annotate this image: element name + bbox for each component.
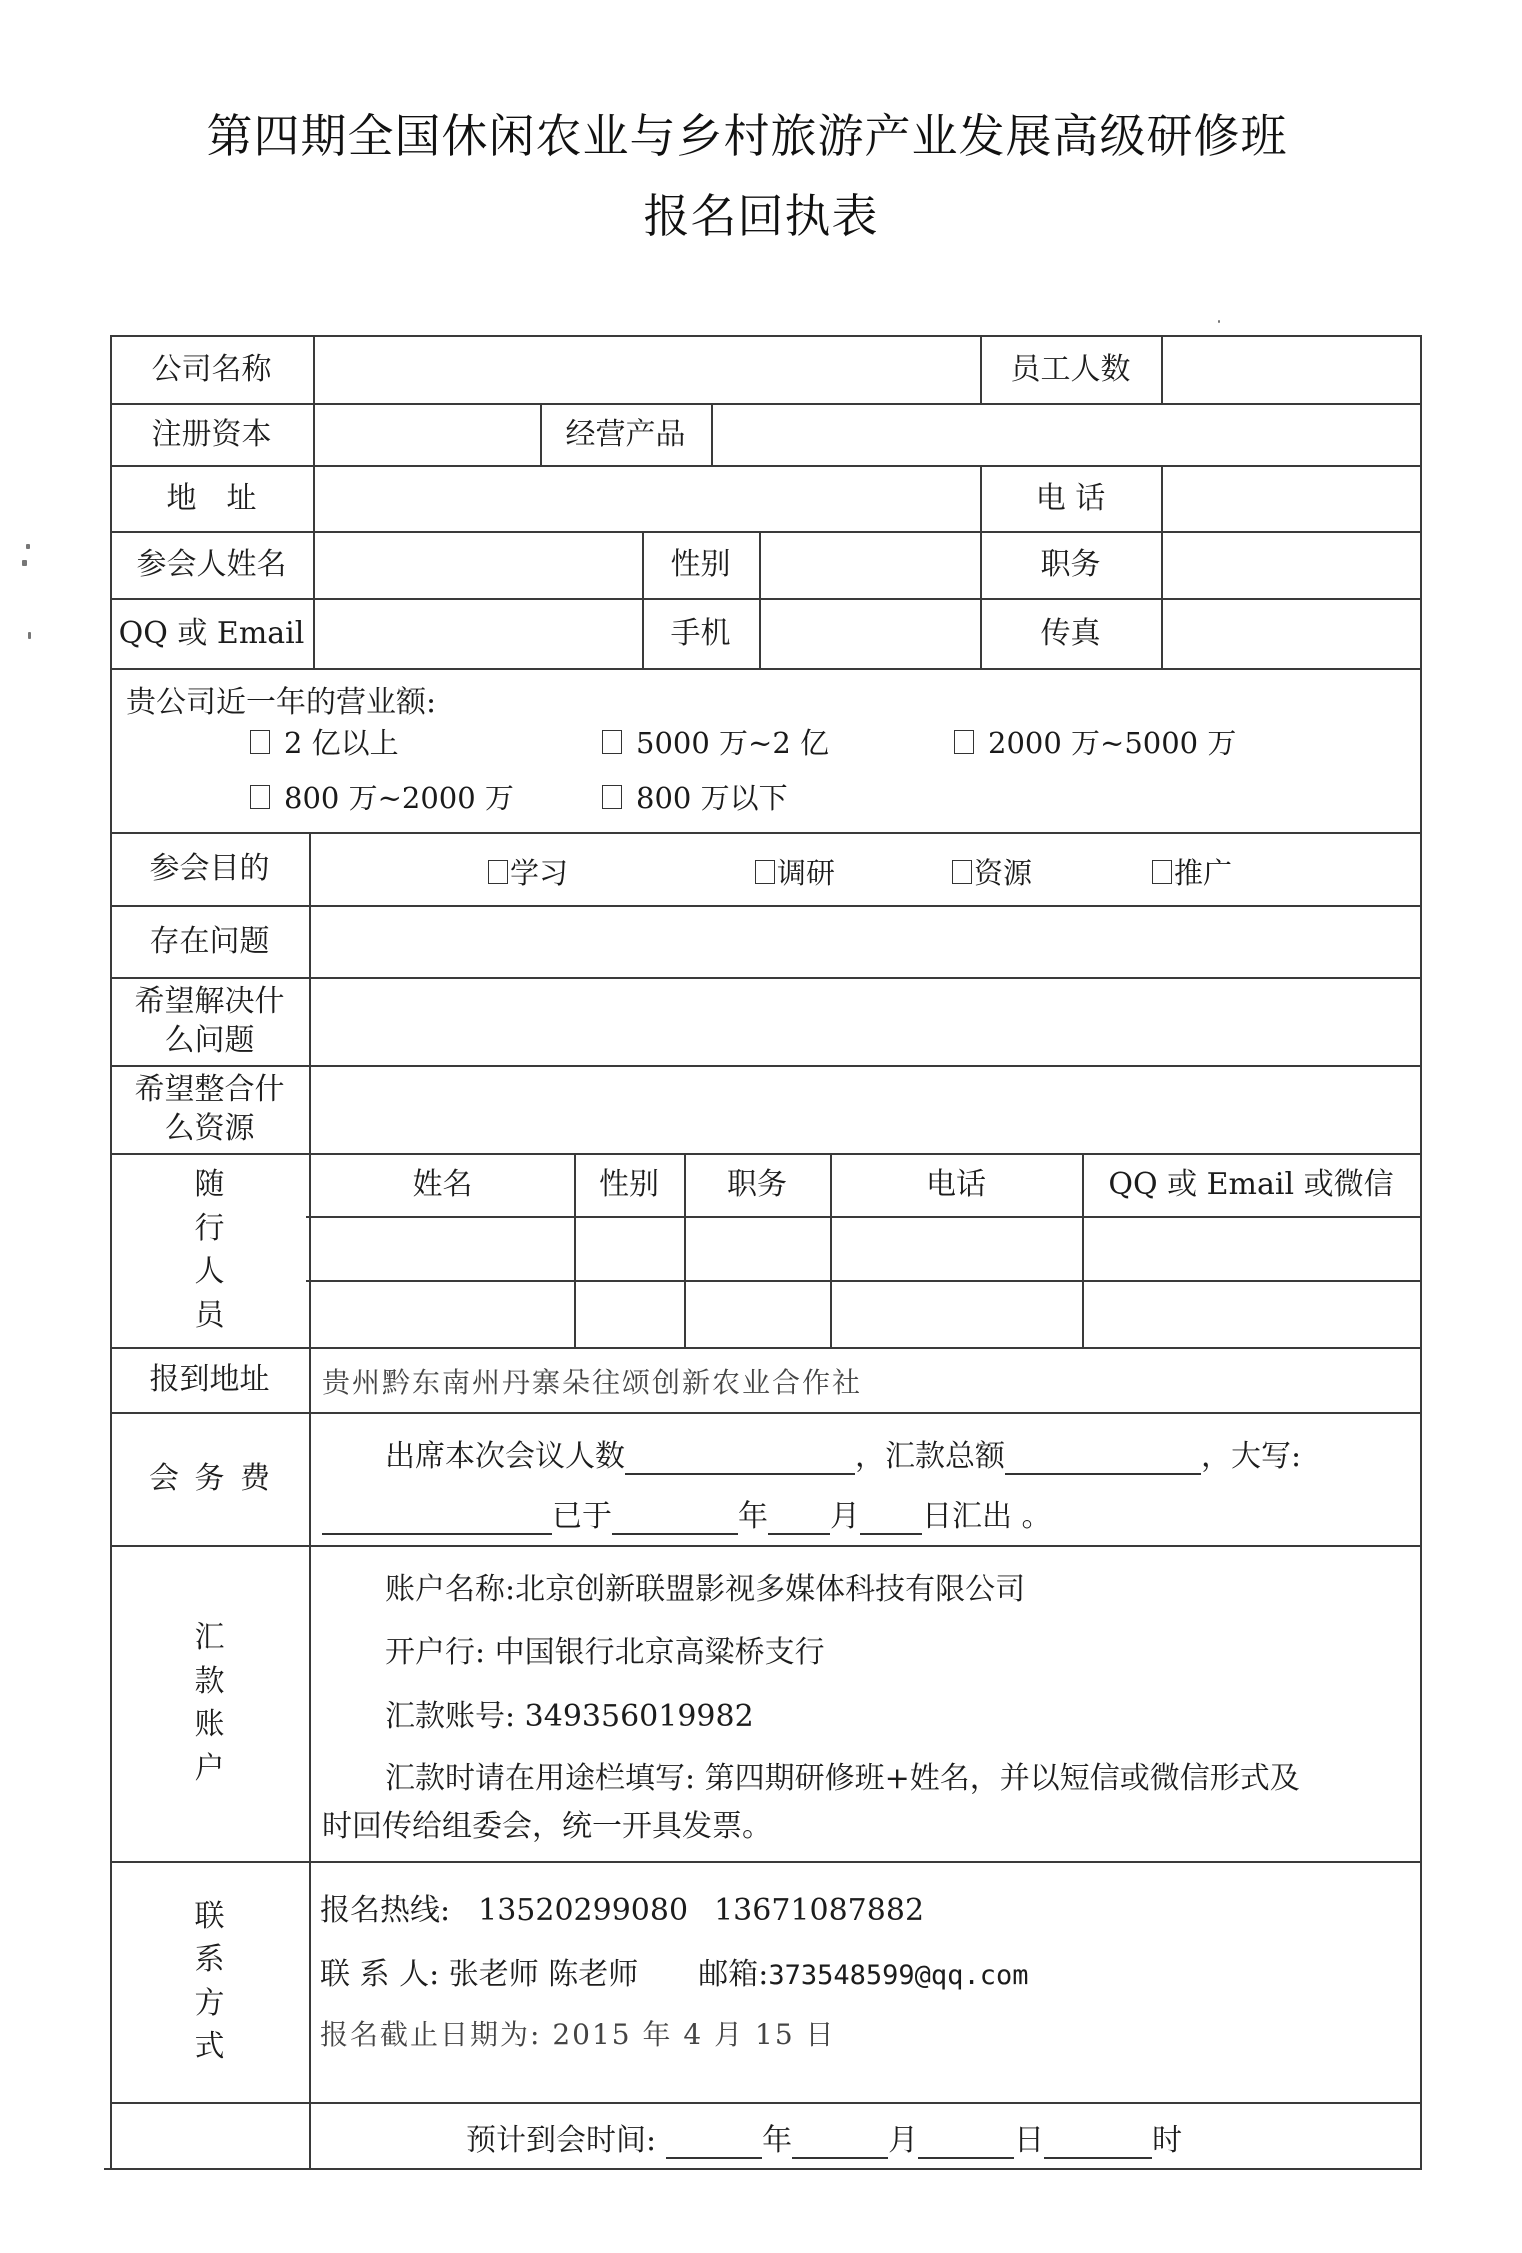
- scan-speck: [28, 632, 31, 639]
- attendee-name-field[interactable]: [315, 533, 642, 598]
- registration-deadline: 报名截止日期为: 2015 年 4 月 15 日: [320, 2013, 836, 2053]
- remittance-note-line-1: 汇款时请在用途栏填写: 第四期研修班+姓名，并以短信或微信形式及: [385, 1753, 1300, 1797]
- companion-1-position[interactable]: [686, 1218, 830, 1280]
- qq-email-field[interactable]: [315, 600, 642, 668]
- fax-field[interactable]: [1163, 600, 1420, 668]
- checkbox-icon[interactable]: [954, 730, 974, 754]
- companions-col-gender: 性别: [574, 1153, 684, 1216]
- checkbox-icon[interactable]: [952, 860, 972, 884]
- gender-field[interactable]: [761, 533, 980, 598]
- day-blank[interactable]: [860, 1503, 922, 1535]
- companion-1-phone[interactable]: [832, 1218, 1082, 1280]
- arrival-year-blank[interactable]: [666, 2127, 762, 2159]
- companion-2-contact[interactable]: [1084, 1282, 1420, 1347]
- checkbox-icon[interactable]: [488, 860, 508, 884]
- purpose-option-resources[interactable]: 资源: [952, 851, 1032, 892]
- revenue-option-2[interactable]: 5000 万~2 亿: [602, 721, 829, 762]
- companions-col-position: 职务: [684, 1153, 830, 1216]
- companion-1-name[interactable]: [311, 1218, 574, 1280]
- remittance-note-line-2: 时回传给组委会，统一开具发票。: [322, 1801, 772, 1845]
- document-title: 第四期全国休闲农业与乡村旅游产业发展高级研修班: [0, 100, 1508, 166]
- contact-label: 联 系 方 式: [110, 1861, 309, 2102]
- revenue-option-5[interactable]: 800 万以下: [602, 776, 788, 817]
- revenue-label: 贵公司近一年的营业额:: [126, 677, 436, 721]
- hotline: 报名热线:1352029908013671087882: [320, 1885, 924, 1929]
- mobile-field[interactable]: [761, 600, 980, 668]
- position-field[interactable]: [1163, 533, 1420, 598]
- purpose-option-promotion[interactable]: 推广: [1152, 851, 1232, 892]
- purpose-option-study[interactable]: 学习: [488, 851, 568, 892]
- contact-email: 373548599@qq.com: [768, 1960, 1028, 1991]
- solve-problems-field[interactable]: [311, 979, 1420, 1065]
- staff-count-label: 员工人数: [980, 335, 1161, 403]
- account-name: 账户名称:北京创新联盟影视多媒体科技有限公司: [385, 1564, 1025, 1608]
- fax-label: 传真: [980, 598, 1161, 668]
- hotline-number-1: 13520299080: [478, 1893, 688, 1928]
- checkin-address-label: 报到地址: [110, 1347, 309, 1412]
- registration-form-table: 公司名称 员工人数 注册资本 经营产品 地 址 电 话 参会人姓名 性别 职务 …: [110, 335, 1422, 2170]
- year-blank[interactable]: [612, 1503, 738, 1535]
- qq-email-label: QQ 或 Email: [110, 598, 313, 668]
- companions-col-phone: 电话: [830, 1153, 1082, 1216]
- staff-count-field[interactable]: [1163, 337, 1420, 403]
- checkbox-icon[interactable]: [602, 785, 622, 809]
- integrate-resources-field[interactable]: [311, 1067, 1420, 1153]
- checkbox-icon[interactable]: [602, 730, 622, 754]
- checkin-address-value: 贵州黔东南州丹寨朵往颂创新农业合作社: [322, 1361, 862, 1401]
- fee-line-1: 出席本次会议人数，汇款总额，大写:: [385, 1431, 1301, 1475]
- companion-2-position[interactable]: [686, 1282, 830, 1347]
- solve-problems-label: 希望解决什 么问题: [110, 977, 309, 1065]
- purpose-option-research[interactable]: 调研: [755, 851, 835, 892]
- products-label: 经营产品: [540, 403, 711, 465]
- companion-1-contact[interactable]: [1084, 1218, 1420, 1280]
- products-field[interactable]: [713, 405, 1420, 465]
- meeting-fee-label: 会 务 费: [110, 1412, 309, 1545]
- mobile-label: 手机: [642, 598, 759, 668]
- integrate-resources-label: 希望整合什 么资源: [110, 1065, 309, 1153]
- checkbox-icon[interactable]: [250, 730, 270, 754]
- existing-problems-field[interactable]: [311, 907, 1420, 977]
- arrival-day-blank[interactable]: [918, 2127, 1014, 2159]
- account-number: 汇款账号: 349356019982: [385, 1691, 754, 1735]
- attendee-name-label: 参会人姓名: [110, 531, 313, 598]
- arrival-hour-blank[interactable]: [1044, 2127, 1152, 2159]
- gender-label: 性别: [642, 531, 759, 598]
- existing-problems-label: 存在问题: [110, 905, 309, 977]
- scan-speck: [22, 560, 27, 566]
- checkbox-icon[interactable]: [250, 785, 270, 809]
- checkbox-icon[interactable]: [755, 860, 775, 884]
- registered-capital-label: 注册资本: [110, 403, 313, 465]
- contact-persons: 联 系 人: 张老师 陈老师邮箱:373548599@qq.com: [320, 1949, 1028, 1993]
- companions-col-name: 姓名: [311, 1153, 574, 1216]
- company-name-field[interactable]: [315, 337, 980, 403]
- companion-2-gender[interactable]: [576, 1282, 684, 1347]
- phone-label: 电 话: [980, 465, 1161, 531]
- document-subtitle: 报名回执表: [0, 180, 1522, 246]
- fee-line-2: 已于年月日汇出 。: [322, 1491, 1052, 1535]
- address-field[interactable]: [315, 467, 980, 531]
- checkbox-icon[interactable]: [1152, 860, 1172, 884]
- scan-speck: [1218, 320, 1220, 323]
- position-label: 职务: [980, 531, 1161, 598]
- revenue-option-4[interactable]: 800 万~2000 万: [250, 776, 514, 817]
- revenue-option-3[interactable]: 2000 万~5000 万: [954, 721, 1236, 762]
- phone-field[interactable]: [1163, 467, 1420, 531]
- remittance-account-label: 汇 款 账 户: [110, 1545, 309, 1861]
- hotline-number-2: 13671087882: [714, 1893, 924, 1928]
- revenue-option-1[interactable]: 2 亿以上: [250, 721, 399, 762]
- company-name-label: 公司名称: [110, 335, 313, 403]
- companion-2-name[interactable]: [311, 1282, 574, 1347]
- companion-2-phone[interactable]: [832, 1282, 1082, 1347]
- companions-col-contact: QQ 或 Email 或微信: [1082, 1153, 1420, 1216]
- bank-name: 开户行: 中国银行北京高粱桥支行: [385, 1627, 825, 1671]
- attendee-count-blank[interactable]: [625, 1443, 855, 1475]
- month-blank[interactable]: [768, 1503, 830, 1535]
- address-label: 地 址: [110, 465, 313, 531]
- companions-label: 随 行 人 员: [110, 1153, 309, 1347]
- registered-capital-field[interactable]: [315, 405, 540, 465]
- scan-speck: [26, 544, 30, 549]
- arrival-month-blank[interactable]: [792, 2127, 888, 2159]
- total-amount-blank[interactable]: [1005, 1443, 1201, 1475]
- purpose-label: 参会目的: [110, 832, 309, 905]
- companion-1-gender[interactable]: [576, 1218, 684, 1280]
- amount-in-words-blank[interactable]: [322, 1503, 552, 1535]
- expected-arrival: 预计到会时间:年月日时: [466, 2115, 1182, 2159]
